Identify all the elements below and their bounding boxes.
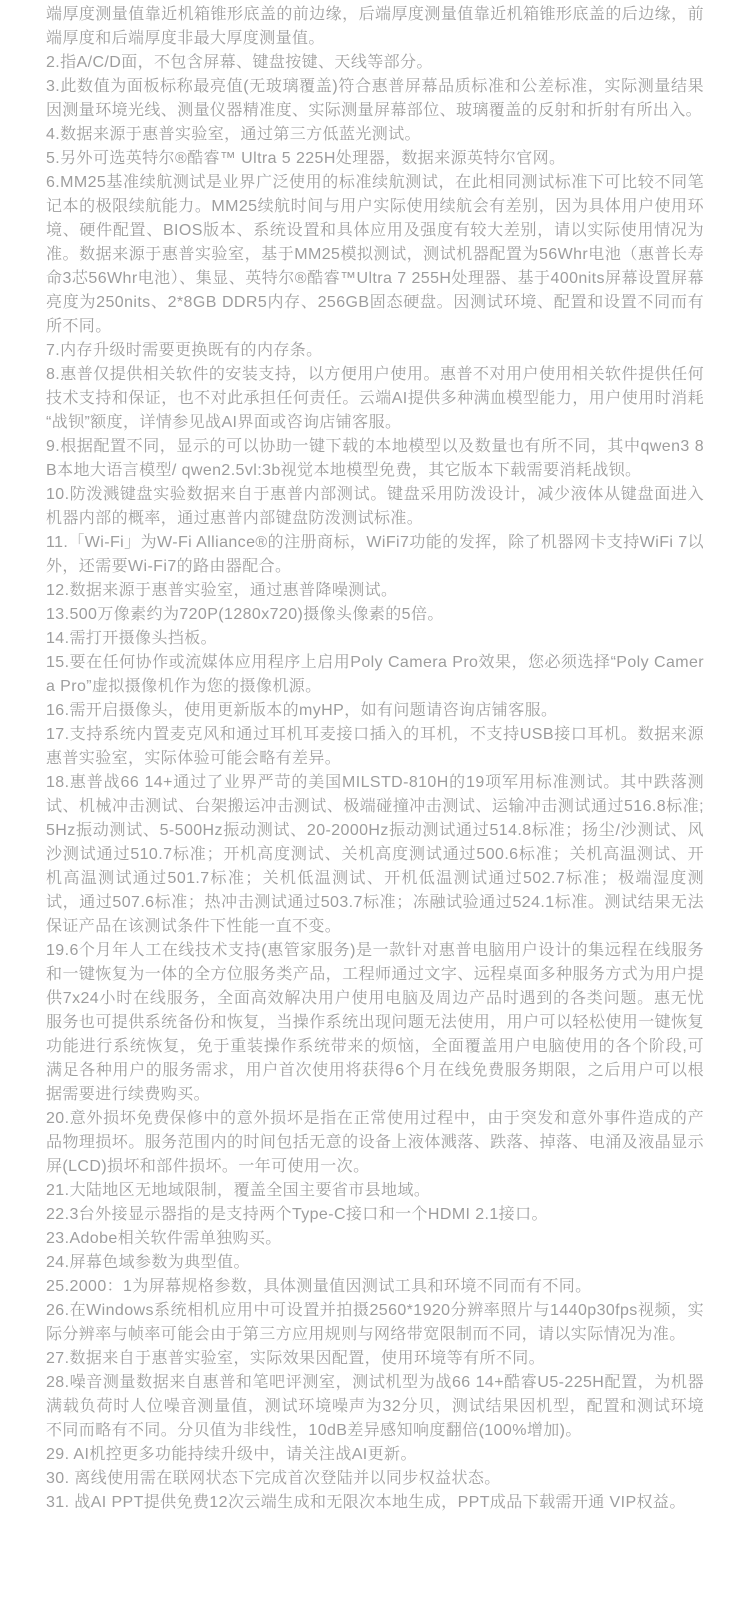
footnote-2: 2.指A/C/D面，不包含屏幕、键盘按键、天线等部分。 [46,51,704,75]
footnote-15: 15.要在任何协作或流媒体应用程序上启用Poly Camera Pro效果，您必… [46,651,704,699]
footnote-17: 17.支持系统内置麦克风和通过耳机耳麦接口插入的耳机，不支持USB接口耳机。数据… [46,723,704,771]
footnote-18: 18.惠普战66 14+通过了业界严苛的美国MILSTD-810H的19项军用标… [46,771,704,939]
footnote-28: 28.噪音测量数据来自惠普和笔吧评测室，测试机型为战66 14+酷睿U5-225… [46,1371,704,1443]
footnote-20: 20.意外损坏免费保修中的意外损坏是指在正常使用过程中，由于突发和意外事件造成的… [46,1107,704,1179]
footnote-26: 26.在Windows系统相机应用中可设置并拍摄2560*1920分辨率照片与1… [46,1299,704,1347]
footnote-1-continuation: 端厚度测量值靠近机箱锥形底盖的前边缘，后端厚度测量值靠近机箱锥形底盖的后边缘，前… [46,3,704,51]
disclaimer-footnotes-section: 端厚度测量值靠近机箱锥形底盖的前边缘，后端厚度测量值靠近机箱锥形底盖的后边缘，前… [0,0,750,1515]
footnote-14: 14.需打开摄像头挡板。 [46,627,704,651]
footnote-27: 27.数据来自于惠普实验室，实际效果因配置，使用环境等有所不同。 [46,1347,704,1371]
footnote-25: 25.2000：1为屏幕规格参数，具体测量值因测试工具和环境不同而有不同。 [46,1275,704,1299]
footnote-5: 5.另外可选英特尔®酷睿™ Ultra 5 225H处理器，数据来源英特尔官网。 [46,147,704,171]
footnote-22: 22.3台外接显示器指的是支持两个Type-C接口和一个HDMI 2.1接口。 [46,1203,704,1227]
footnote-23: 23.Adobe相关软件需单独购买。 [46,1227,704,1251]
footnote-11: 11.「Wi-Fi」为W-Fi Alliance®的注册商标，WiFi7功能的发… [46,531,704,579]
footnote-6: 6.MM25基准续航测试是业界广泛使用的标准续航测试，在此相同测试标准下可比较不… [46,171,704,339]
footnote-9: 9.根据配置不同，显示的可以协助一键下载的本地模型以及数量也有所不同，其中qwe… [46,435,704,483]
footnote-8: 8.惠普仅提供相关软件的安装支持，以方便用户使用。惠普不对用户使用相关软件提供任… [46,363,704,435]
footnote-3: 3.此数值为面板标称最亮值(无玻璃覆盖)符合惠普屏幕品质标准和公差标准，实际测量… [46,75,704,123]
footnote-31: 31. 战AI PPT提供免费12次云端生成和无限次本地生成，PPT成品下载需开… [46,1491,704,1515]
footnote-29: 29. AI机控更多功能持续升级中，请关注战AI更新。 [46,1443,704,1467]
footnote-19: 19.6个月年人工在线技术支持(惠管家服务)是一款针对惠普电脑用户设计的集远程在… [46,939,704,1107]
footnote-4: 4.数据来源于惠普实验室，通过第三方低蓝光测试。 [46,123,704,147]
footnote-21: 21.大陆地区无地域限制，覆盖全国主要省市县地域。 [46,1179,704,1203]
footnote-7: 7.内存升级时需要更换既有的内存条。 [46,339,704,363]
footnote-12: 12.数据来源于惠普实验室，通过惠普降噪测试。 [46,579,704,603]
footnote-13: 13.500万像素约为720P(1280x720)摄像头像素的5倍。 [46,603,704,627]
footnote-10: 10.防泼溅键盘实验数据来自于惠普内部测试。键盘采用防泼设计，减少液体从键盘面进… [46,483,704,531]
footnote-16: 16.需开启摄像头，使用更新版本的myHP，如有问题请咨询店铺客服。 [46,699,704,723]
footnote-30: 30. 离线使用需在联网状态下完成首次登陆并以同步权益状态。 [46,1467,704,1491]
footnote-24: 24.屏幕色域参数为典型值。 [46,1251,704,1275]
